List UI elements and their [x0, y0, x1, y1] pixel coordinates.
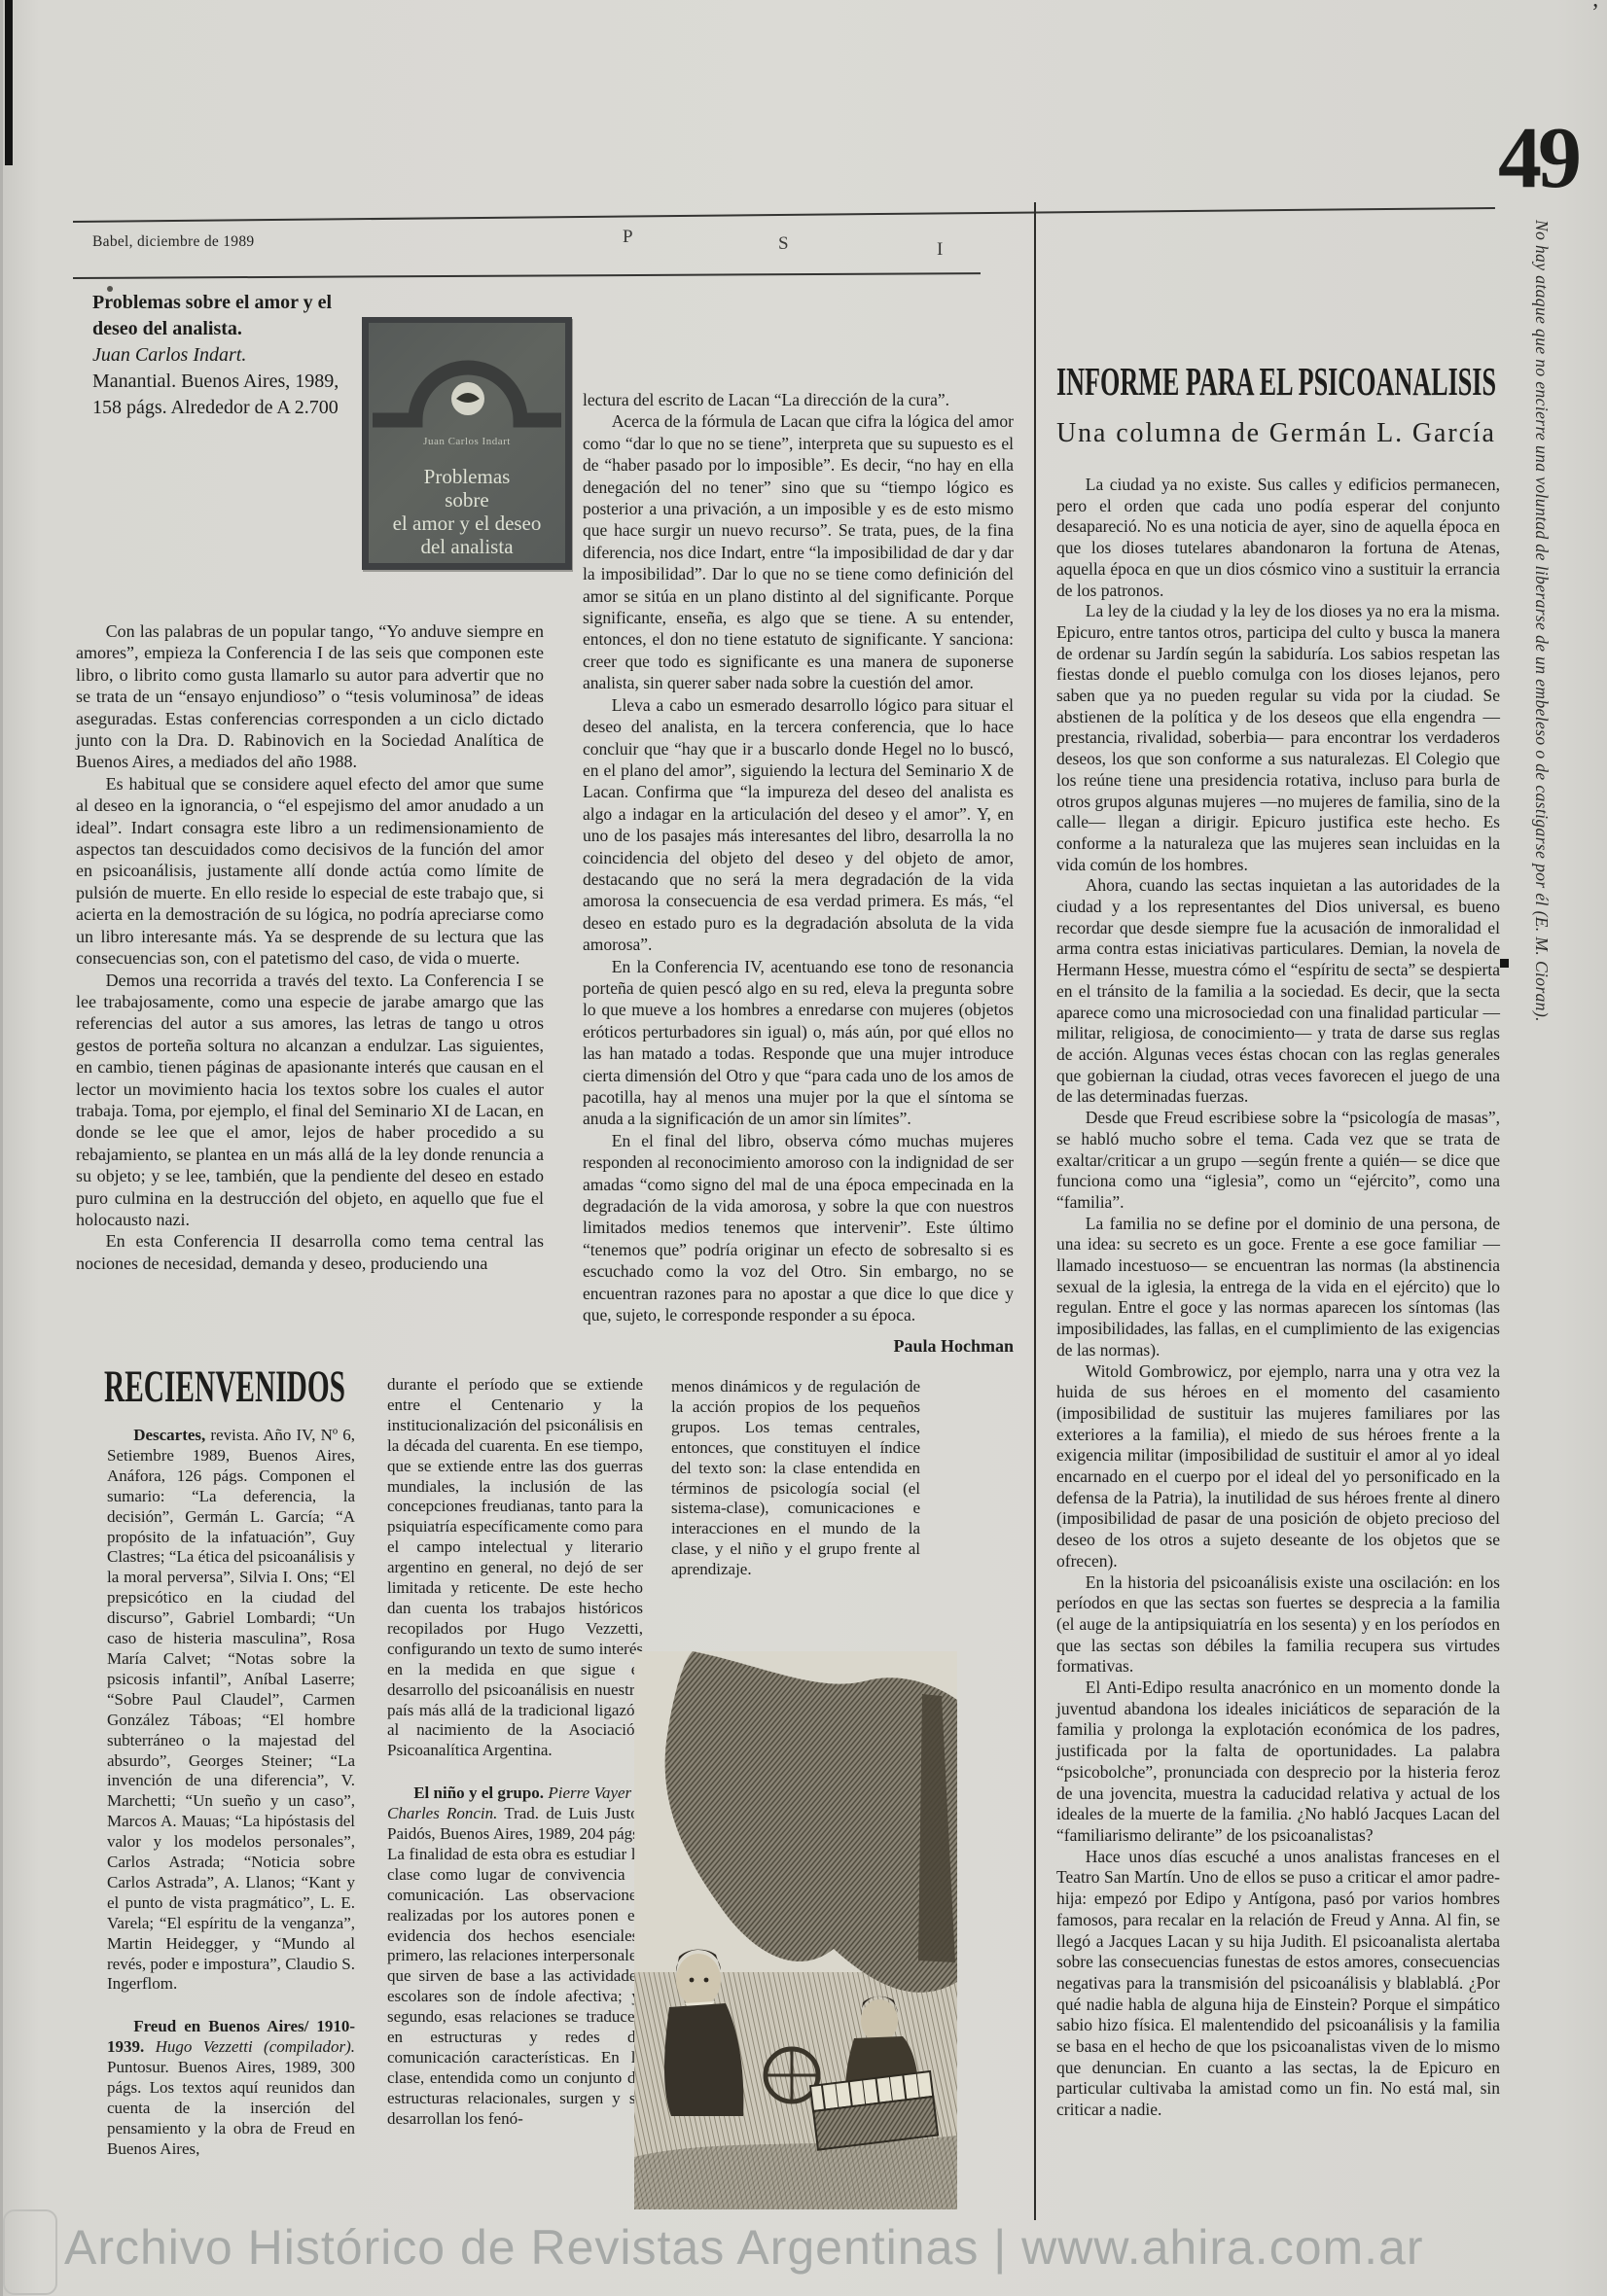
informe-paragraph: Desde que Freud escribiese sobre la “psi…	[1056, 1108, 1500, 1214]
book-entry: Freud en Buenos Aires/ 1910-1939. Hugo V…	[107, 2017, 355, 2159]
book-info: Problemas sobre el amor y el deseo del a…	[92, 290, 367, 421]
book-entry-continuation: durante el período que se extiende entre…	[387, 1375, 643, 1761]
informe-column: La ciudad ya no existe. Sus calles y edi…	[1056, 475, 1500, 2121]
informe-subtitle: Una columna de Germán L. García	[1056, 418, 1495, 448]
header-letter-i: I	[937, 239, 943, 261]
engraving-illustration	[634, 1651, 957, 2209]
cover-title: Problemas sobre el amor y el deseo del a…	[369, 465, 565, 558]
review-paragraph: lectura del escrito de Lacan “La direcci…	[583, 389, 1014, 410]
book-cover: Juan Carlos Indart Problemas sobre el am…	[362, 317, 572, 570]
informe-title: INFORME PARA EL PSICOANALISIS	[1056, 359, 1496, 404]
book-cover-art: Juan Carlos Indart Problemas sobre el am…	[369, 323, 565, 563]
review-column-1: Con las palabras de un popular tango, “Y…	[76, 620, 544, 1274]
informe-subtitle-graphic: Una columna de Germán L. García	[1055, 412, 1501, 453]
review-paragraph: En esta Conferencia II desarrolla como t…	[76, 1230, 544, 1274]
book-entry-continuation: menos dinámicos y de regulación de la ac…	[671, 1377, 920, 1580]
publication-date: Babel, diciembre de 1989	[92, 233, 254, 251]
recienvenidos-column-2: durante el período que se extiende entre…	[387, 1375, 643, 2130]
review-paragraph: En el final del libro, observa cómo much…	[583, 1130, 1014, 1326]
informe-paragraph: La familia no se define por el dominio d…	[1056, 1214, 1500, 1361]
review-paragraph: En la Conferencia IV, acentuando ese ton…	[583, 956, 1014, 1130]
watermark-text: Archivo Histórico de Revistas Argentinas…	[64, 2219, 1424, 2276]
recienvenidos-column-3: menos dinámicos y de regulación de la ac…	[671, 1377, 920, 1580]
book-entry: Descartes, revista. Año IV, Nº 6, Setiem…	[107, 1426, 355, 1995]
book-title: Problemas sobre el amor y el deseo del a…	[92, 290, 367, 342]
entry-text: revista. Año IV, Nº 6, Setiembre 1989, B…	[107, 1426, 355, 1993]
informe-paragraph: El Anti-Edipo resulta anacrónico en un m…	[1056, 1678, 1500, 1847]
book-author: Juan Carlos Indart.	[92, 342, 367, 369]
page-number: 49	[1498, 115, 1578, 202]
informe-paragraph: Hace unos días escuché a unos analistas …	[1056, 1847, 1500, 2121]
margin-quote: No hay ataque que no encierre una volunt…	[1507, 220, 1552, 1212]
entry-title: El niño y el grupo.	[413, 1784, 544, 1802]
informe-paragraph: La ley de la ciudad y la ley de los dios…	[1056, 601, 1500, 875]
review-paragraph: Es habitual que se considere aquel efect…	[76, 773, 544, 970]
entry-author: Hugo Vezzetti (compilador).	[144, 2037, 355, 2056]
recienvenidos-column-1: Descartes, revista. Año IV, Nº 6, Setiem…	[107, 1426, 355, 2160]
watermark-frame	[3, 2209, 57, 2295]
entry-text: Puntosur. Buenos Aires, 1989, 300 págs. …	[107, 2058, 355, 2158]
header-rule-top	[73, 207, 1495, 223]
informe-paragraph: Ahora, cuando las sectas inquietan a las…	[1056, 875, 1500, 1108]
scan-artifact-bar	[5, 0, 13, 165]
header-letter-s: S	[778, 233, 789, 255]
cover-author: Juan Carlos Indart	[369, 436, 565, 447]
informe-title-graphic: INFORME PARA EL PSICOANALISIS	[1055, 358, 1501, 406]
entry-text: Trad. de Luis Justo. Paidós, Buenos Aire…	[387, 1804, 643, 2128]
book-details: Manantial. Buenos Aires, 1989, 158 págs.…	[92, 371, 339, 418]
review-paragraph: Con las palabras de un popular tango, “Y…	[76, 620, 544, 773]
cover-arch-graphic	[369, 323, 565, 438]
corner-mark: ’	[1591, 0, 1599, 26]
review-paragraph: Demos una recorrida a través del texto. …	[76, 970, 544, 1231]
review-paragraph: Lleva a cabo un esmerado desarrollo lógi…	[583, 694, 1014, 956]
informe-paragraph: La ciudad ya no existe. Sus calles y edi…	[1056, 475, 1500, 601]
entry-title: Descartes,	[133, 1426, 205, 1444]
recienvenidos-title: RECIENVENIDOS	[104, 1361, 345, 1412]
book-entry: El niño y el grupo. Pierre Vayer y Charl…	[387, 1784, 643, 2129]
header-letter-p: P	[623, 227, 633, 248]
informe-paragraph: En la historia del psicoanálisis existe …	[1056, 1572, 1500, 1678]
header-rule-bottom	[73, 272, 981, 279]
review-column-2: lectura del escrito de Lacan “La direcci…	[583, 389, 1014, 1358]
review-paragraph: Acerca de la fórmula de Lacan que cifra …	[583, 410, 1014, 693]
scanned-page: ’ Babel, diciembre de 1989 P S I 49 Prob…	[0, 0, 1607, 2296]
scan-edge-shade	[0, 0, 3, 2296]
review-byline: Paula Hochman	[583, 1335, 1014, 1357]
recienvenidos-title-graphic: RECIENVENIDOS	[103, 1358, 352, 1414]
informe-paragraph: Witold Gombrowicz, por ejemplo, narra un…	[1056, 1361, 1500, 1572]
column-divider	[1034, 202, 1036, 2220]
